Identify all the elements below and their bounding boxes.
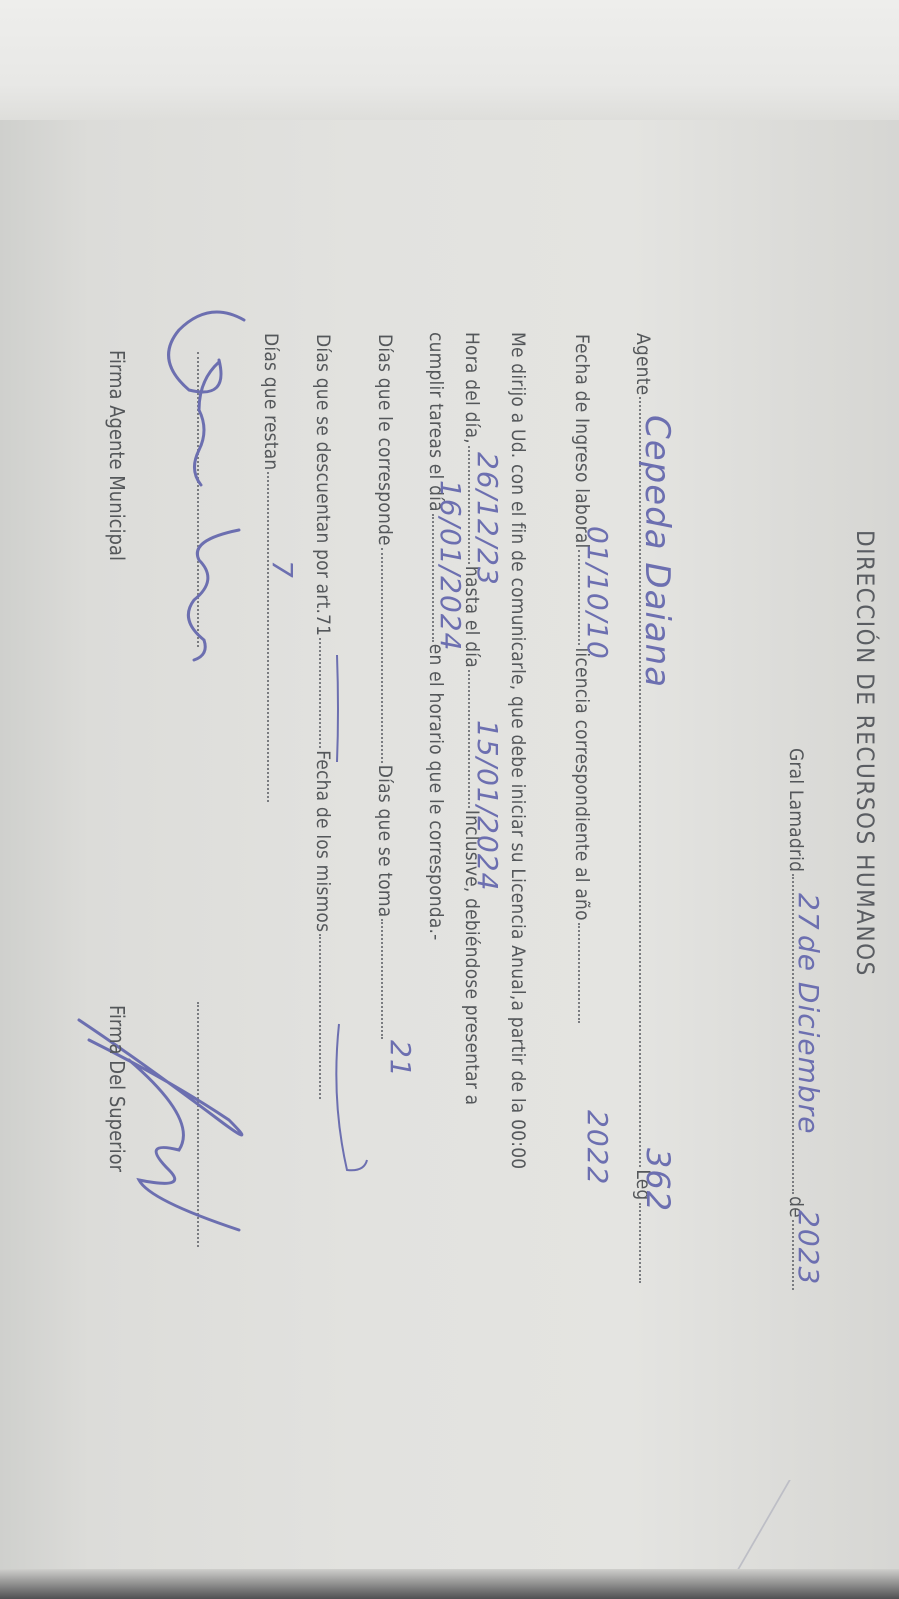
superior-signature <box>49 1000 279 1260</box>
superior-signature-label: Firma Del Superior <box>105 1005 129 1172</box>
date-day-handwritten: 27 <box>792 893 825 931</box>
hora-label: Hora del día, <box>461 332 483 444</box>
dias-corresponde-label: Días que le corresponde <box>374 334 396 546</box>
date-year-handwritten: 2023 <box>792 1210 825 1285</box>
body-line-2: Hora del día, hasta el día Inclusive, de… <box>461 332 483 1105</box>
licencia-year-handwritten: 2022 <box>581 1110 614 1185</box>
leg-field[interactable] <box>639 1203 641 1283</box>
dias-corresponde-line: Días que le corresponde Días que se toma <box>374 334 396 1041</box>
desde-handwritten: 26/12/23 <box>471 452 504 586</box>
body-line-1: Me dirijo a Ud. con el fin de comunicarl… <box>507 332 529 1169</box>
descuentan-dash-mark <box>329 650 359 770</box>
dias-toma-field[interactable] <box>381 919 383 1039</box>
dias-toma-label: Días que se toma <box>374 765 396 918</box>
location-label: Gral Lamadrid <box>785 748 807 872</box>
agent-signature <box>129 300 249 670</box>
ingreso-line: Fecha de Ingreso laboral licencia corres… <box>571 334 593 1025</box>
ingreso-label: Fecha de Ingreso laboral <box>571 334 593 548</box>
hasta-field[interactable] <box>468 670 470 808</box>
cumplir-handwritten: 16/01/2024 <box>434 480 467 651</box>
restan-field[interactable] <box>267 472 269 802</box>
descuentan-field[interactable] <box>319 638 321 748</box>
fecha-mismos-field[interactable] <box>319 934 321 1099</box>
agent-signature-label: Firma Agente Municipal <box>105 350 129 561</box>
licencia-label: licencia correspondiente al año <box>571 647 593 920</box>
agent-label: Agente <box>632 333 654 395</box>
fecha-mismos-label: Fecha de los mismos <box>312 750 334 932</box>
ingreso-handwritten: 01/10/10 <box>581 526 614 660</box>
desde-field[interactable] <box>468 446 470 564</box>
horario-text: en el horario que le corresponda.- <box>425 644 447 941</box>
ingreso-field[interactable] <box>578 550 580 645</box>
dias-toma-handwritten: 21 <box>384 1040 417 1078</box>
descuentan-label: Días que se descuentan por art.71 <box>312 334 334 636</box>
dias-corresponde-field[interactable] <box>381 548 383 763</box>
agent-name-handwritten: Cepeda Daiana <box>637 415 677 688</box>
date-month-handwritten: de Diciembre <box>792 935 825 1134</box>
restan-handwritten: 7 <box>266 560 299 579</box>
restan-label: Días que restan <box>260 333 282 470</box>
fecha-mismos-dash-mark <box>329 1020 369 1180</box>
page-title: DIRECCIÓN DE RECURSOS HUMANOS <box>851 530 879 977</box>
licencia-year-field[interactable] <box>578 923 580 1023</box>
leave-form-sheet: DIRECCIÓN DE RECURSOS HUMANOS Gral Lamad… <box>0 0 899 1599</box>
hasta-handwritten: 15/01/2024 <box>471 720 504 891</box>
leg-handwritten: 362 <box>639 1148 677 1212</box>
